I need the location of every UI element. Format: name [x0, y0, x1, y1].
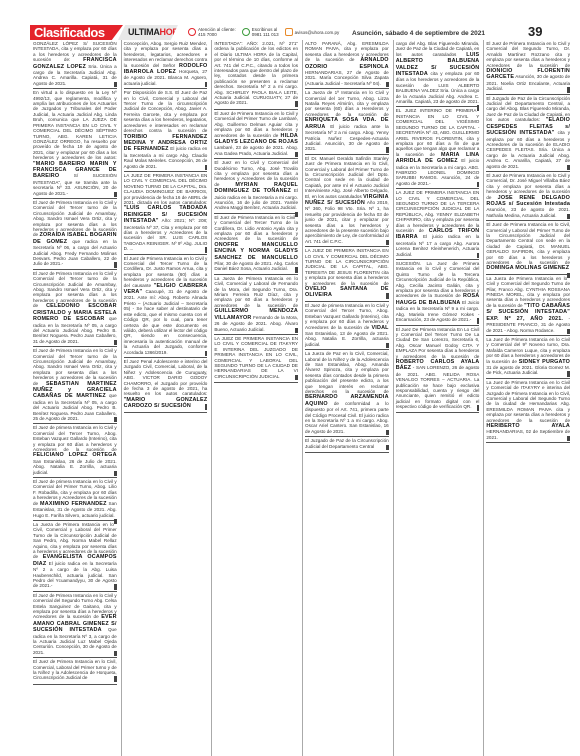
legal-notice: El Juez de Primera Instancia en lo Civil…	[486, 40, 570, 95]
legal-notice: LA JUEZ DE PRIMERA INSTANCIA EN LO CIVIL…	[305, 247, 389, 302]
notice-tail: San Estanislao, 26 de Julio de 2021. Abo…	[33, 459, 117, 475]
notice-code-mark	[386, 293, 389, 298]
notice-text: El Juez de primera Instancia en lo Civil…	[33, 425, 117, 452]
notice-text: El Juez de Primera Instancia en lo Civil…	[486, 41, 570, 68]
notice-name: FELICIANO LOPEZ ORTEGA	[33, 452, 117, 458]
notice-code-mark	[567, 165, 570, 170]
notice-name: VIDAL	[372, 325, 389, 331]
notice-code-mark	[114, 471, 117, 476]
notice-code-mark	[295, 152, 298, 157]
legal-notice: El Juzgado de Paz de la Circunscripción …	[486, 95, 570, 172]
legal-notice: cargo del Abg. Blas Figueredo Miranda, J…	[396, 40, 480, 107]
notice-text: La Jueza de 1ª Instancia en lo Civil y C…	[305, 90, 389, 117]
legal-notice: LA JUEZ DE PRIMERA INSTANCIA EN LO CIVIL…	[214, 335, 298, 383]
notice-text: La Jueza de Primera Instancia en lo Civi…	[214, 276, 298, 308]
notice-code-mark	[567, 329, 570, 334]
notice-name: SEBASTIAN MARTINEZ NUÑEZ y GRACIELA CABA…	[33, 381, 117, 400]
notice-name: MYRIAN RAQUEL DOMINGUEZ DE TOÑANEZ	[214, 182, 298, 194]
notice-tail: cita y emplaza por 60 días a herederos y…	[486, 130, 570, 168]
legal-notice: El Juez de primera Instancia en lo Civil…	[305, 302, 389, 350]
legal-notice: Por Disposición de S.S. El Juez de Paz e…	[124, 89, 208, 172]
notice-text: LA JUEZ DE PRIMERA INSTANCIA EN LO CIVIL…	[214, 336, 298, 379]
notice-code-mark	[295, 328, 298, 333]
notice-text: INTESTADA": AÑO: 2.021, Nº 271" ordena l…	[214, 41, 298, 105]
notice-text: El Juzgado de Paz de la Circunscripción …	[305, 438, 389, 448]
column-2: Concepción, Abog. Sergio Ruiz Mendez, ci…	[121, 40, 210, 756]
notice-text: LA JUEZ DE PRIMERA INSTANCIA EN LO CIVIL…	[124, 173, 208, 205]
legal-notice: El Juez de Primera Instancia en lo Civil…	[214, 214, 298, 275]
brand-right: HORA	[160, 27, 185, 37]
section-title: Clasificados	[30, 25, 123, 40]
notice-code-mark	[567, 214, 570, 219]
notice-code-mark	[114, 192, 117, 197]
notice-tail: HERNANDARIAS, 27 de Agosto de 2021. Marí…	[305, 70, 389, 86]
email-address[interactable]: avisos@uhora.com.py	[295, 30, 340, 35]
notice-text: El Juez Penal Adolescente e interino del…	[124, 359, 208, 396]
legal-notice: Concepción, Abog. Sergio Ruiz Mendez, ci…	[124, 40, 208, 89]
column-4: ALTO PARANÁ, Abg. ERESMILDA ROMAN PAIVA,…	[302, 40, 391, 756]
whatsapp-number: 0981 111 013	[252, 32, 279, 37]
legal-notice: La Juez de Primera Instancia en lo Civil…	[486, 379, 570, 443]
notice-text: El Juez de Primera Instancia en lo Civil…	[486, 222, 570, 265]
envelope-icon	[285, 28, 293, 36]
notice-code-mark	[295, 375, 298, 380]
legal-notice: El Juez de Primera Instancia en lo Civil…	[33, 658, 117, 685]
brand-logo: ULTIMAHORA	[118, 25, 178, 40]
legal-notice: La Jueza de Primera Instancia en lo Civi…	[486, 275, 570, 336]
notice-code-mark	[205, 165, 208, 170]
notice-name: SIDNEY PURGATO	[519, 359, 570, 365]
notice-code-mark	[477, 182, 480, 187]
contact-whatsapp: Escribinos al0981 111 013	[242, 27, 279, 37]
legal-notice: GONZÁLEZ LÓPEZ S/ SUCESIÓN INTESTADA, ci…	[33, 40, 117, 89]
legal-notice: El Juez de Primera Instancia en lo Civil…	[486, 172, 570, 221]
notice-tail: 31 de agosto de 2021. Gloria Gomez M. de…	[486, 365, 570, 375]
contact-bar: Atención al cliente:415 7000 Escribinos …	[188, 27, 339, 37]
notice-code-mark	[295, 212, 298, 217]
legal-notice: La Jueza de Paz en lo Civil, Comercial, …	[305, 350, 389, 437]
legal-notice: La Juez de Primera Instancia en lo Civil…	[486, 336, 570, 379]
legal-notice: En virtud a lo dispuesto en la Ley Nº 49…	[33, 89, 117, 199]
notice-code-mark	[567, 436, 570, 441]
notice-code-mark	[567, 87, 570, 92]
legal-notice: EL JUEZ INTERINO DE PRIMERA INSTANCIA EN…	[396, 107, 480, 189]
notice-code-mark	[295, 101, 298, 106]
notice-text: El Juez de Primera Instancia en lo Civil…	[214, 215, 298, 242]
notice-tail: El juicio radica en la Secretaría Nº 2 a…	[33, 561, 117, 589]
notice-code-mark	[205, 404, 208, 409]
legal-notice: El Juez De Primera Instancia En Lo Civil…	[396, 326, 480, 413]
issue-date: Asunción, sábado 4 de septiembre de 2021	[352, 30, 485, 37]
notice-name: OVELIO SANTANA DE OLIVEIRA	[305, 286, 389, 298]
legal-notice: LA JUEZ DE PRIMERA INSTANCIA EN LO CIVIL…	[396, 189, 480, 260]
notice-text: El Dr. Manuel Geraldo Safirdin Stanley J…	[305, 156, 389, 199]
notice-name: MAXIMINO FERNANDEZ	[40, 501, 107, 507]
legal-notice: ALTO PARANÁ, Abg. ERESMILDA ROMAN PAIVA,…	[305, 40, 389, 89]
notice-name: ONOFRE MANCUELLO ENCINA Y NORMA GLADYS S…	[214, 242, 298, 261]
contact-phone: Atención al cliente:415 7000	[188, 27, 236, 37]
notice-tail: Asunción, 23 de agosto de 2021. Nathalia…	[486, 207, 570, 217]
notice-code-mark	[567, 273, 570, 278]
legal-notice: El Juez de Primera Instancia en lo Civil…	[33, 592, 117, 658]
notice-tail: Año 2019, Nº 360, Folio 98 Vto. Sria. Nº…	[305, 200, 389, 244]
section-logo: Clasificados	[30, 25, 123, 40]
notice-code-mark	[114, 519, 117, 524]
notice-code-mark	[386, 82, 389, 87]
legal-notice: El Juez de Primera Instancia en lo Civil…	[33, 199, 117, 270]
page-number: 39	[528, 24, 542, 39]
notice-tail: HERNANDARIAS, 02 de Septiembre de 2021.	[486, 429, 570, 439]
notice-code-mark	[295, 267, 298, 272]
notice-code-mark	[386, 147, 389, 152]
legal-notice: El Juez en lo Civil y Comercial del Duod…	[214, 159, 298, 214]
notice-code-mark	[477, 318, 480, 323]
legal-notice: El Juez de primera Instancia en lo Civil…	[33, 424, 117, 478]
notice-code-mark	[114, 82, 117, 87]
notice-text: LA JUEZ DE PRIMERA INSTANCIA EN LO CIVIL…	[305, 248, 389, 285]
legal-notice: El Juez de Primera Instancia en lo Civil…	[124, 255, 208, 358]
notice-tail: Lambaré, 23 de agosto de 2021. Abog. Ana…	[214, 145, 298, 155]
notice-code-mark	[114, 340, 117, 345]
notice-code-mark	[477, 253, 480, 258]
legal-notice: La Jueza de Primera Instancia en lo Civi…	[33, 521, 117, 592]
legal-notice: El Juez de Primera Instancia en lo Civil…	[214, 110, 298, 159]
column-1: GONZÁLEZ LÓPEZ S/ SUCESIÓN INTESTADA, ci…	[31, 40, 119, 756]
notice-name: CELEDONIO ESCOBAR CRISTALDO y MARIA ESTE…	[33, 303, 117, 322]
legal-notice: SUCESIÓN. La Juez de Primera Instancia e…	[396, 260, 480, 325]
legal-notice: El Juez de primera Instancia en lo Civil…	[33, 478, 117, 521]
legal-notice: El Juez Penal Adolescente e interino del…	[124, 358, 208, 413]
notice-name: DOMINGA MOLINAS GIMENEZ	[486, 265, 569, 271]
notice-code-mark	[386, 343, 389, 348]
notice-code-mark	[114, 676, 117, 681]
notice-tail: Caacupé, 31 de Agosto de 2021. Ante mí: …	[124, 289, 208, 354]
legal-notice: La Jueza de 1ª Instancia en lo Civil y C…	[305, 89, 389, 154]
notice-code-mark	[205, 82, 208, 87]
notice-tail: - SAN LORENZO, 26 de agosto de 2021. ABG…	[396, 365, 480, 409]
notice-code-mark	[205, 351, 208, 356]
legal-notice: El Juez de Primera Instancia en lo Civil…	[33, 347, 117, 424]
legal-notice: La Jueza de Primera Instancia en lo Civi…	[214, 275, 298, 335]
notice-text: EL JUEZ INTERINO DE PRIMERA INSTANCIA EN…	[396, 108, 480, 156]
notice-name: JOSE RENE DELGADO ROJAS s/ Sucesión Inte…	[486, 195, 570, 207]
notice-text: En virtud a lo dispuesto en la Ley Nº 49…	[33, 90, 117, 160]
notice-code-mark	[477, 405, 480, 410]
contact-email: avisos@uhora.com.py	[285, 28, 340, 36]
column-3: INTESTADA": AÑO: 2.021, Nº 271" ordena l…	[211, 40, 300, 756]
notice-code-mark	[386, 445, 389, 450]
notice-code-mark	[386, 240, 389, 245]
notice-tail: San Estanislao, 13 de Agosto de 2021. Ab…	[305, 331, 389, 347]
notice-code-mark	[567, 371, 570, 376]
notice-code-mark	[114, 262, 117, 267]
notice-text: Por Disposición de S.S. El Juez de Paz e…	[124, 90, 208, 133]
legal-notice: El Juez de Primera Instancia en lo Civil…	[486, 221, 570, 275]
legal-notice: El Juzgado de Paz de la Circunscripción …	[305, 437, 389, 453]
phone-number: 415 7000	[198, 32, 217, 37]
notice-text: La Juez de Primera Instancia en lo Civil…	[486, 380, 570, 423]
phone-icon	[188, 28, 196, 36]
legal-notice: El Juez de Primera Instancia en lo Civil…	[33, 270, 117, 347]
notice-code-mark	[386, 430, 389, 435]
notice-text: El Juez De Primera Instancia En Lo Civil…	[396, 327, 480, 359]
notice-text: La Jueza de Paz en lo Civil, Comercial, …	[305, 351, 389, 394]
notice-code-mark	[114, 651, 117, 656]
legal-notice: El Dr. Manuel Geraldo Safirdin Stanley J…	[305, 155, 389, 248]
whatsapp-icon	[242, 28, 250, 36]
classifieds-columns: GONZÁLEZ LÓPEZ S/ SUCESIÓN INTESTADA, ci…	[31, 40, 572, 756]
notice-name: "MARIO GONZALEZ CARDOZO S/ SUCESIÓN	[124, 397, 208, 409]
brand-left: ULTIMA	[128, 27, 160, 37]
notice-name: HERIBERTO AYALA	[486, 423, 570, 429]
column-6: El Juez de Primera Instancia en lo Civil…	[483, 40, 572, 756]
notice-code-mark	[114, 584, 117, 589]
notice-tail: Pilar, 30 de Agosto de 2021. Abg. Carlos…	[214, 261, 298, 271]
legal-notice: INTESTADA": AÑO: 2.021, Nº 271" ordena l…	[214, 40, 298, 110]
notice-text: LA JUEZ DE PRIMERA INSTANCIA EN LO CIVIL…	[396, 190, 480, 233]
legal-notice: LA JUEZ DE PRIMERA INSTANCIA EN LO CIVIL…	[124, 172, 208, 255]
notice-code-mark	[114, 417, 117, 422]
page-header: Clasificados ULTIMAHORA Atención al clie…	[0, 0, 580, 40]
notice-code-mark	[205, 247, 208, 252]
column-5: cargo del Abg. Blas Figueredo Miranda, J…	[393, 40, 482, 756]
notice-text: El Juez de Primera Instancia en lo Civil…	[33, 659, 117, 680]
